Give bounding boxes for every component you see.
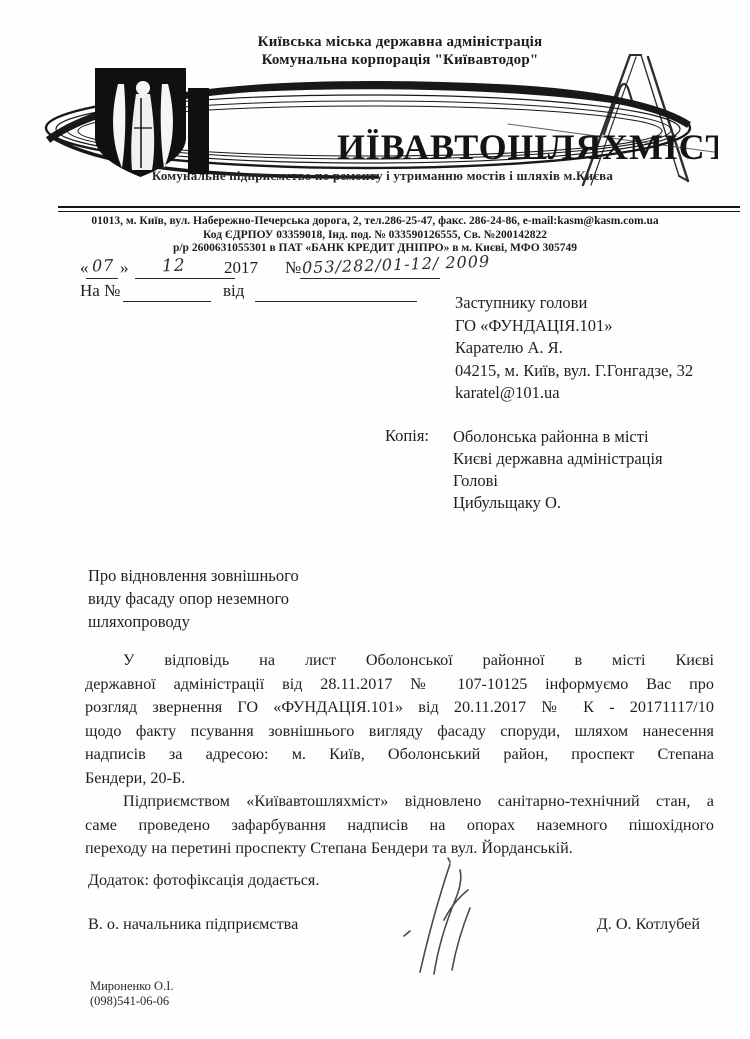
- copy-label: Копія:: [385, 426, 429, 446]
- recipient-block: Заступнику голови ГО «ФУНДАЦІЯ.101» Кара…: [455, 292, 725, 405]
- contact-bank-line: р/р 2600631055301 в ПАТ «БАНК КРЕДИТ ДНІ…: [30, 242, 720, 256]
- month-handwritten: 12: [162, 256, 186, 277]
- copy-line: Цибульщаку О.: [453, 492, 733, 514]
- subject-line: Про відновлення зовнішнього: [88, 564, 418, 587]
- signoff-name: Д. О. Котлубей: [450, 915, 700, 934]
- letterhead-contact-block: 01013, м. Київ, вул. Набережно-Печерська…: [30, 215, 720, 256]
- day-handwritten: 07: [92, 256, 115, 276]
- recipient-line: Заступнику голови: [455, 292, 725, 315]
- copy-line: Києві державна адміністрація: [453, 448, 733, 470]
- copy-line: Голові: [453, 470, 733, 492]
- letterhead-divider: [58, 206, 740, 212]
- reply-from-label: від: [223, 281, 244, 301]
- logo-wordmark: ИЇВАВТОШЛЯХМІСТ: [337, 127, 718, 167]
- number-sign: №: [285, 258, 301, 278]
- recipient-line: 04215, м. Київ, вул. Г.Гонгадзе, 32: [455, 360, 725, 383]
- letterhead-tagline: Комунальне підприємство по ремонту і утр…: [95, 168, 670, 184]
- subject-line: шляхопроводу: [88, 610, 418, 633]
- day-underline: [86, 277, 118, 279]
- number-underline: [300, 277, 440, 279]
- body-line: У відповідь на лист Оболонської районної…: [85, 649, 714, 673]
- reply-label: На №: [80, 281, 120, 301]
- body-line: надписів за адресою: м. Київ, Оболонськи…: [85, 743, 714, 767]
- letter-body: У відповідь на лист Оболонської районної…: [85, 649, 714, 861]
- executor-name: Мироненко О.І.: [90, 979, 173, 994]
- scanned-letter-page: Київська міська державна адміністрація К…: [0, 0, 750, 1039]
- executor-footer: Мироненко О.І. (098)541-06-06: [90, 979, 173, 1009]
- body-line: щодо факту псування зовнішнього вигляду …: [85, 720, 714, 744]
- subject-line: виду фасаду опор неземного: [88, 587, 418, 610]
- recipient-line: Карателю А. Я.: [455, 337, 725, 360]
- quote-open: «: [80, 258, 89, 278]
- reply-row: На № від: [78, 281, 498, 303]
- month-underline: [135, 277, 235, 279]
- contact-codes-line: Код ЄДРПОУ 03359018, Інд. под. № 0335901…: [30, 229, 720, 243]
- number-handwritten: 053/282/01-12/ 2009: [302, 252, 491, 278]
- quote-close: »: [120, 258, 129, 278]
- reply-date-underline: [255, 300, 417, 302]
- body-line: саме проведено зафарбування надписів на …: [85, 814, 714, 838]
- subject-block: Про відновлення зовнішнього виду фасаду …: [88, 564, 418, 633]
- year-printed: 2017: [224, 258, 258, 278]
- copy-line: Оболонська районна в місті: [453, 426, 733, 448]
- recipient-email: karatel@101.ua: [455, 382, 725, 405]
- reply-number-underline: [123, 300, 211, 302]
- body-line: Підприємством «Київавтошляхміст» відновл…: [85, 790, 714, 814]
- recipient-line: ГО «ФУНДАЦІЯ.101»: [455, 315, 725, 338]
- signoff-title: В. о. начальника підприємства: [88, 915, 298, 934]
- logo-k-stem: [188, 88, 209, 174]
- copy-block: Оболонська районна в місті Києві державн…: [453, 426, 733, 514]
- body-line: розгляд звернення ГО «ФУНДАЦІЯ.101» від …: [85, 696, 714, 720]
- contact-address-line: 01013, м. Київ, вул. Набережно-Печерська…: [30, 215, 720, 229]
- reference-row: « 07 » 12 2017 № 053/282/01-12/ 2009: [78, 258, 498, 282]
- body-line: Бендери, 20-Б.: [85, 767, 714, 791]
- body-line: державної адміністрації від 28.11.2017 №…: [85, 673, 714, 697]
- executor-phone: (098)541-06-06: [90, 994, 173, 1009]
